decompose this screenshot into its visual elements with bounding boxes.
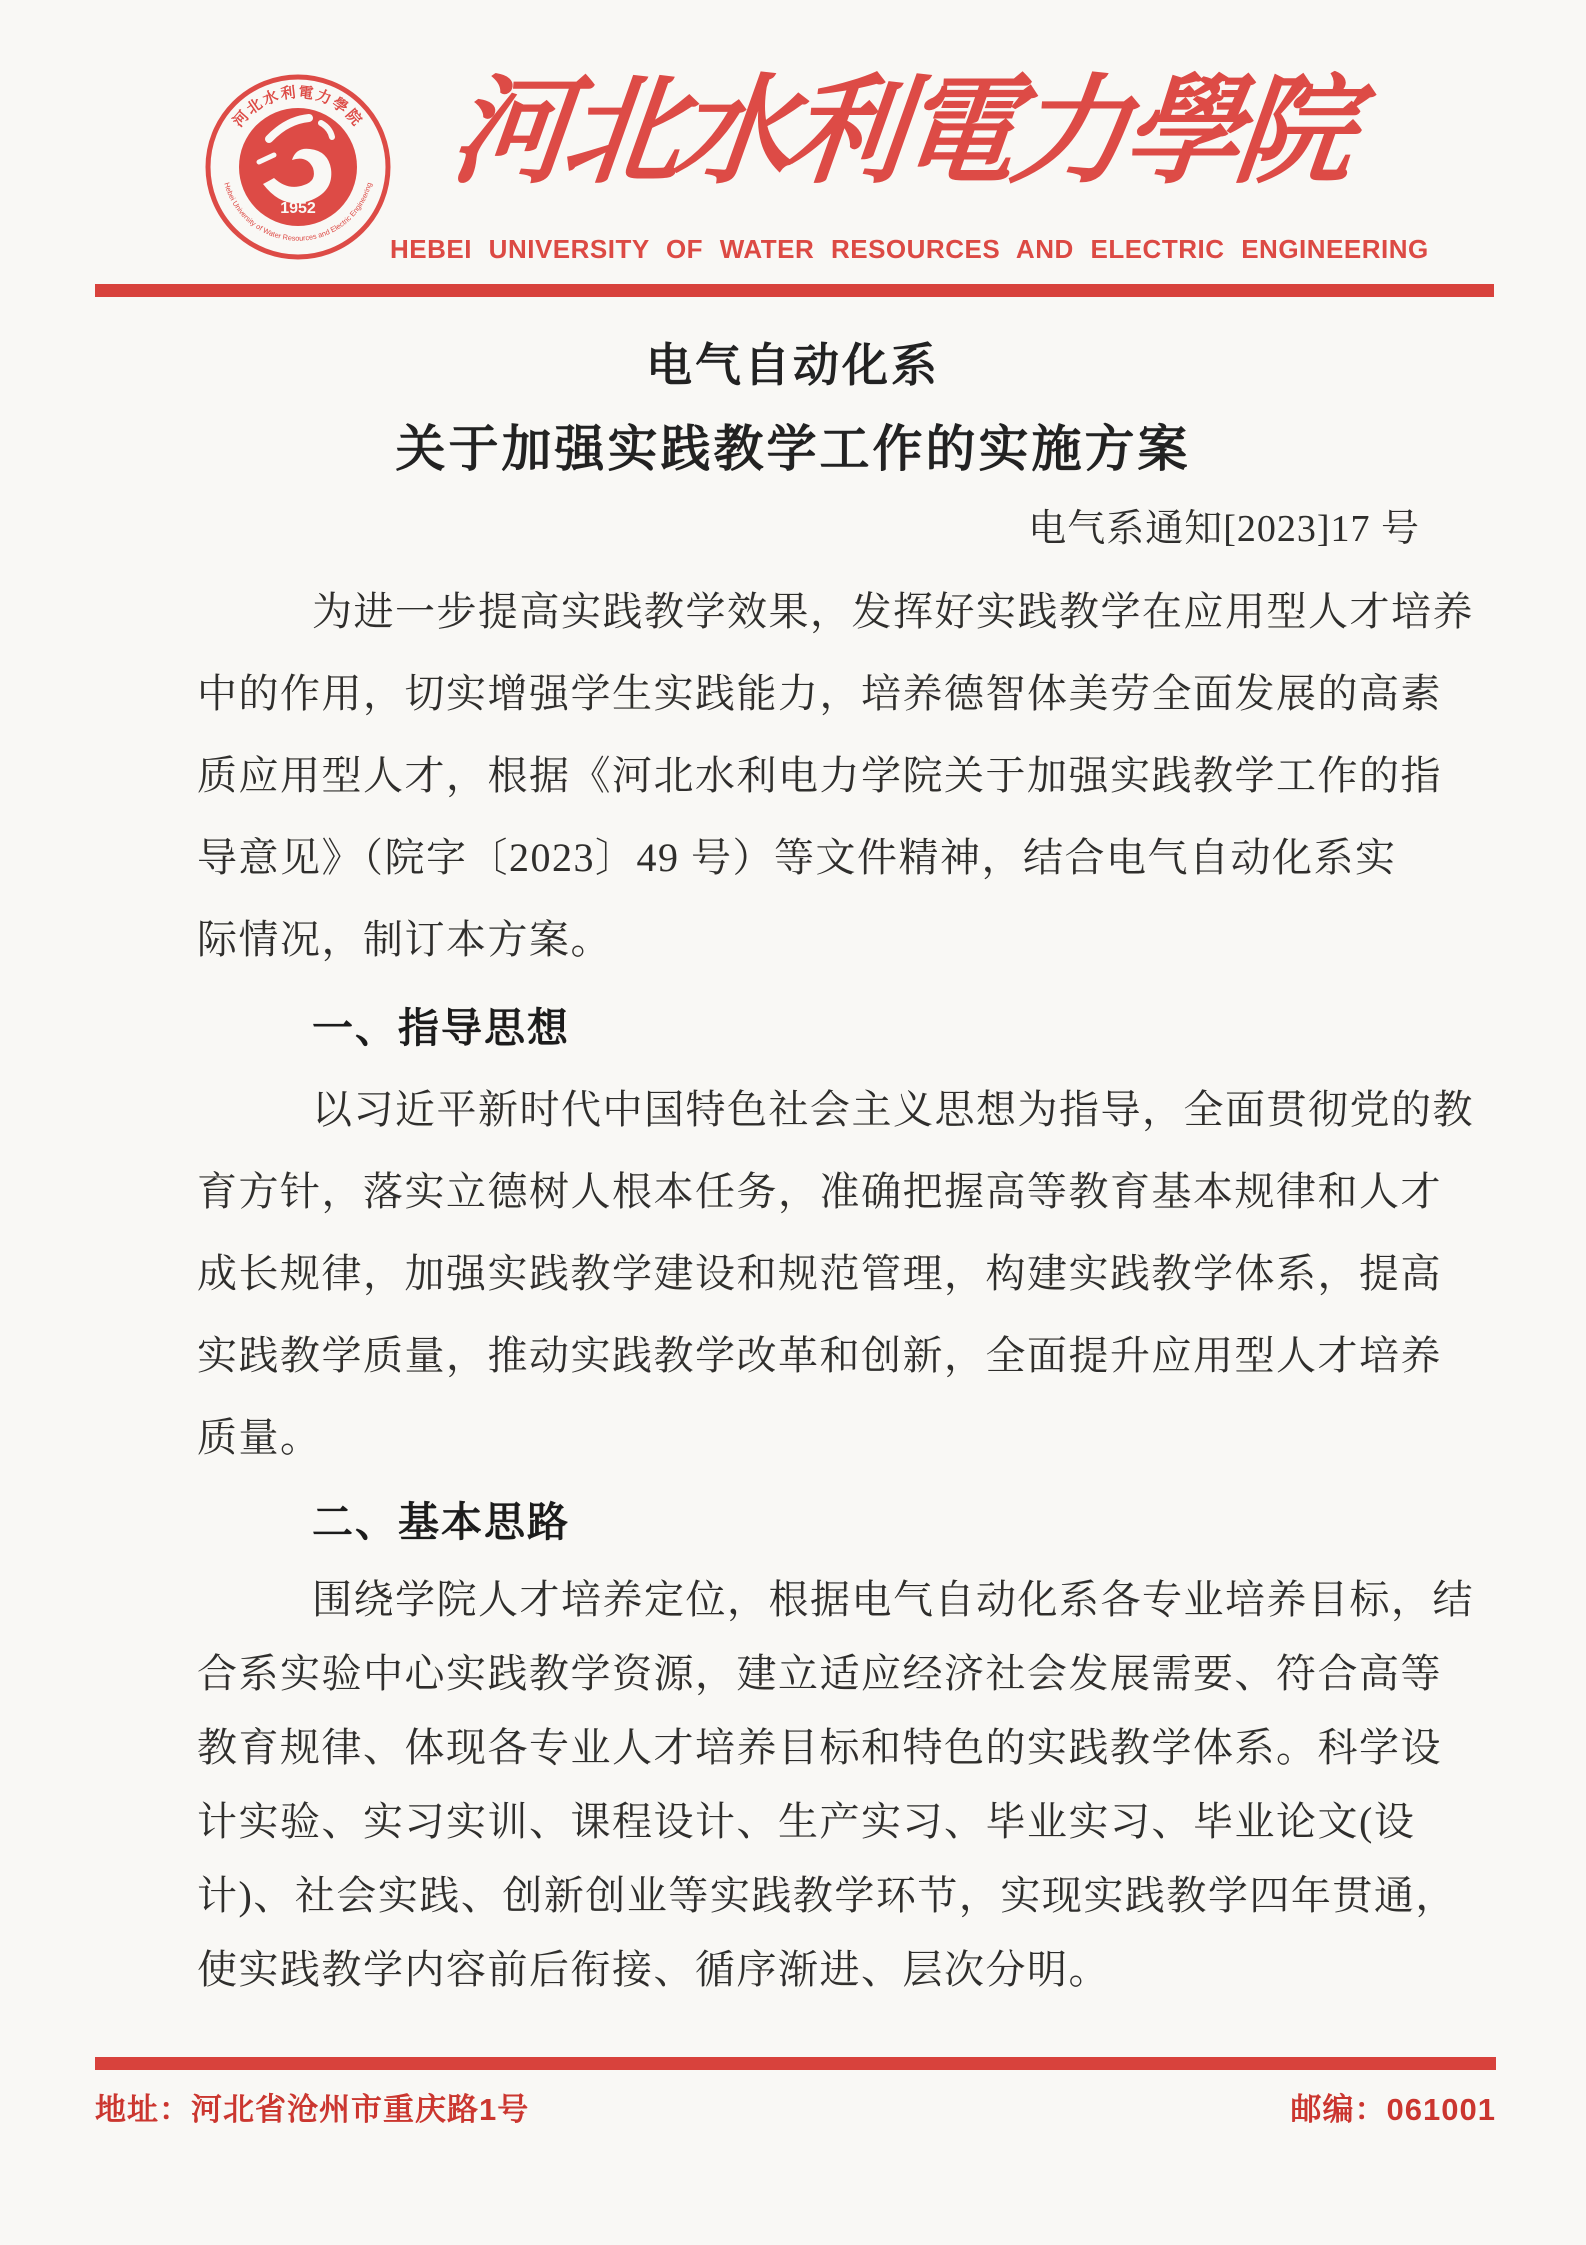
text-line: 教育规律、体现各专业人才培养目标和特色的实践教学体系。科学设 — [197, 1711, 1446, 1785]
text-line: 为进一步提高实践教学效果，发挥好实践教学在应用型人才培养 — [197, 571, 1446, 653]
scanned-document-page: 1952 河北水利電力學院 Hebei University of Water … — [0, 0, 1586, 2245]
text-line: 质量。 — [197, 1397, 1446, 1479]
text-line: 计实验、实习实训、课程设计、生产实习、毕业实习、毕业论文(设 — [197, 1785, 1446, 1859]
text-line: 计)、社会实践、创新创业等实践教学环节，实现实践教学四年贯通， — [197, 1859, 1446, 1933]
document-body: 电气自动化系 关于加强实践教学工作的实施方案 电气系通知[2023]17 号 为… — [0, 297, 1586, 2007]
document-content: 为进一步提高实践教学效果，发挥好实践教学在应用型人才培养 中的作用，切实增强学生… — [197, 571, 1446, 2007]
university-seal-logo: 1952 河北水利電力學院 Hebei University of Water … — [203, 72, 393, 262]
text-line: 际情况，制订本方案。 — [197, 899, 1446, 981]
letterhead: 1952 河北水利電力學院 Hebei University of Water … — [0, 0, 1586, 297]
university-name-english: HEBEI UNIVERSITY OF WATER RESOURCES AND … — [390, 234, 1310, 265]
text-line: 质应用型人才，根据《河北水利电力学院关于加强实践教学工作的指 — [197, 735, 1446, 817]
department-title: 电气自动化系 — [0, 337, 1586, 393]
paragraph-intro: 为进一步提高实践教学效果，发挥好实践教学在应用型人才培养 中的作用，切实增强学生… — [197, 571, 1446, 981]
text-line: 育方针，落实立德树人根本任务，准确把握高等教育基本规律和人才 — [197, 1151, 1446, 1233]
text-line: 合系实验中心实践教学资源，建立适应经济社会发展需要、符合高等 — [197, 1637, 1446, 1711]
text-line: 中的作用，切实增强学生实践能力，培养德智体美劳全面发展的高素 — [197, 653, 1446, 735]
paragraph-basic-approach: 围绕学院人才培养定位，根据电气自动化系各专业培养目标，结 合系实验中心实践教学资… — [197, 1563, 1446, 2007]
text-line: 实践教学质量，推动实践教学改革和创新，全面提升应用型人才培养 — [197, 1315, 1446, 1397]
footer-address: 地址：河北省沧州市重庆路1号 — [95, 2084, 529, 2129]
text-line: 使实践教学内容前后衔接、循序渐进、层次分明。 — [197, 1933, 1446, 2007]
seal-year: 1952 — [280, 200, 316, 217]
text-line: 导意见》（院字〔2023〕49 号）等文件精神，结合电气自动化系实 — [197, 817, 1446, 899]
text-line: 围绕学院人才培养定位，根据电气自动化系各专业培养目标，结 — [197, 1563, 1446, 1637]
footer-postcode: 邮编：061001 — [1291, 2084, 1496, 2129]
section-heading-2: 二、基本思路 — [197, 1481, 1446, 1563]
paragraph-guiding-ideology: 以习近平新时代中国特色社会主义思想为指导，全面贯彻党的教 育方针，落实立德树人根… — [197, 1069, 1446, 1479]
page-footer: 地址：河北省沧州市重庆路1号 邮编：061001 — [0, 2057, 1586, 2129]
header-divider — [95, 284, 1494, 297]
document-number: 电气系通知[2023]17 号 — [0, 510, 1420, 548]
footer-divider — [95, 2057, 1496, 2070]
section-heading-1: 一、指导思想 — [197, 987, 1446, 1069]
text-line: 成长规律，加强实践教学建设和规范管理，构建实践教学体系，提高 — [197, 1233, 1446, 1315]
text-line: 以习近平新时代中国特色社会主义思想为指导，全面贯彻党的教 — [197, 1069, 1446, 1151]
university-name-calligraphy: 河北水利電力學院 — [410, 40, 1389, 225]
document-title: 关于加强实践教学工作的实施方案 — [0, 420, 1586, 478]
